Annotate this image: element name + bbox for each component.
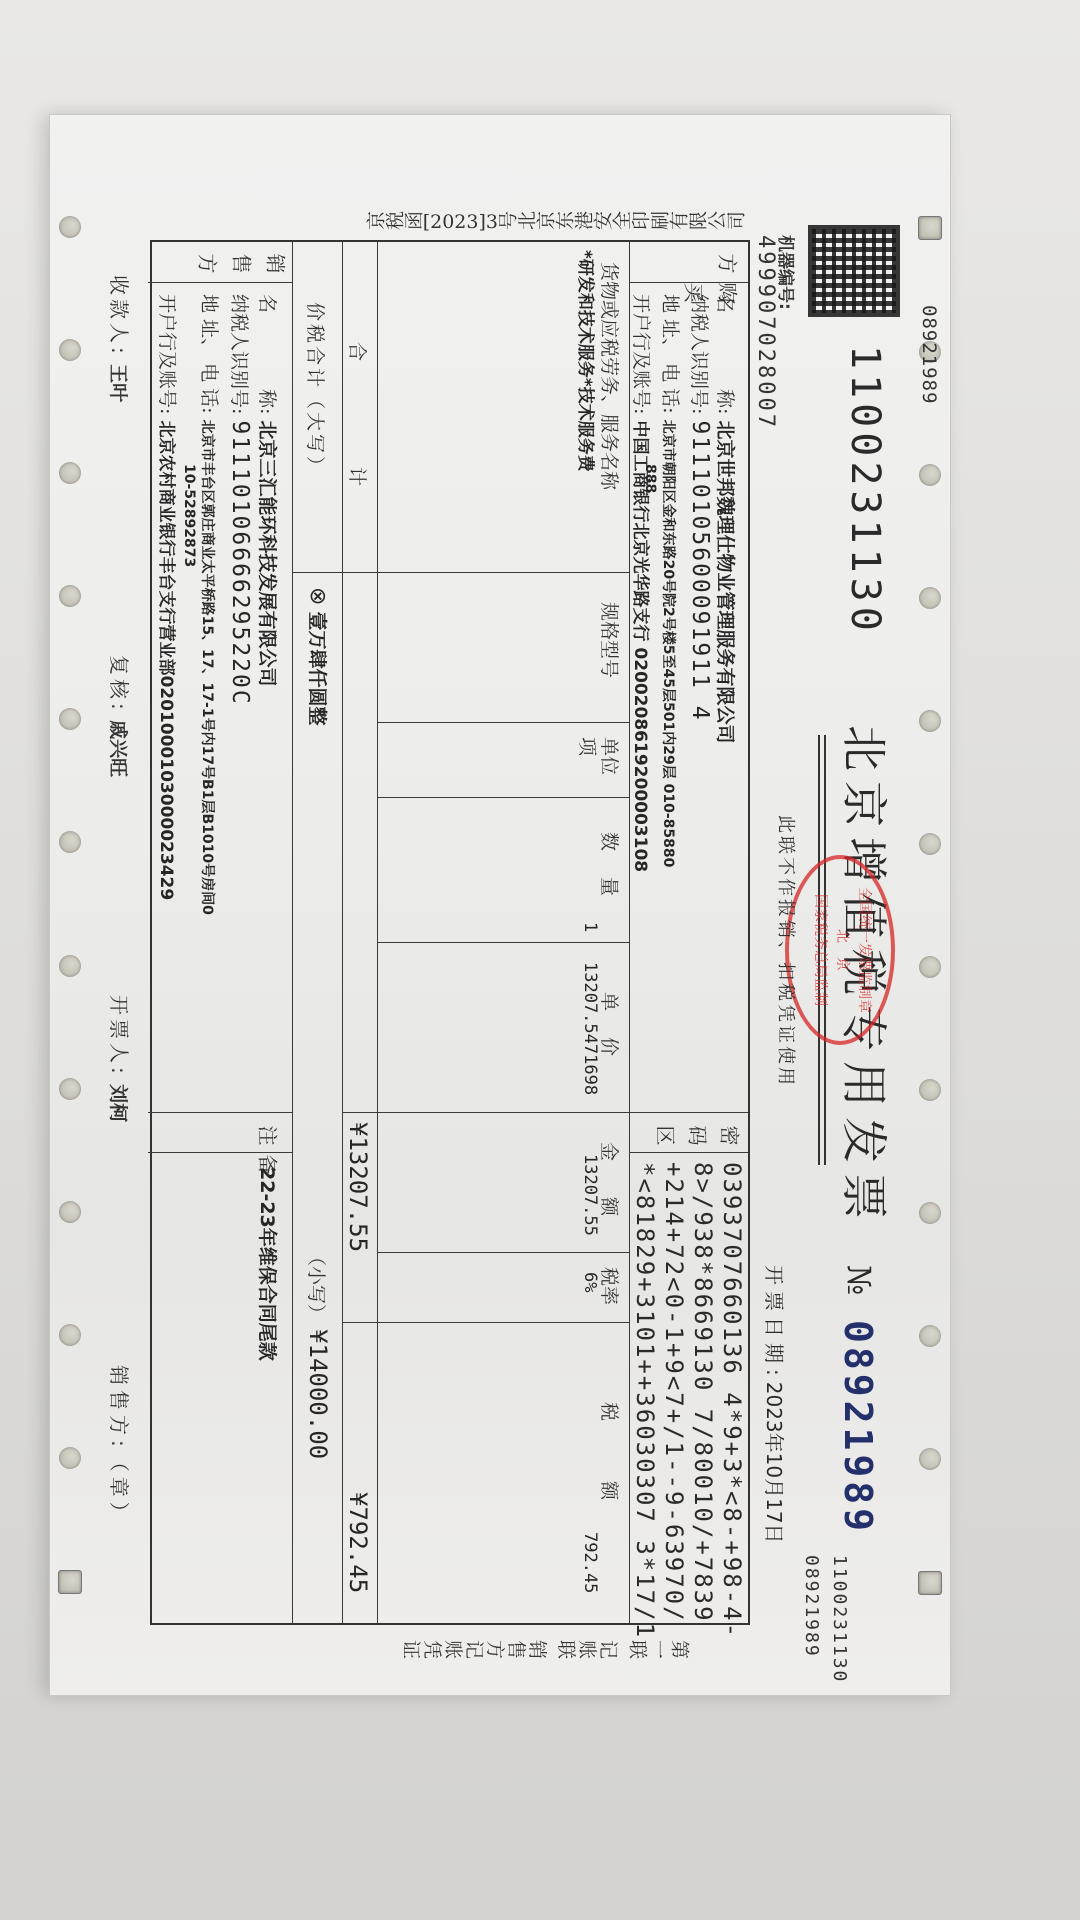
punch-hole-icon (919, 1325, 941, 1347)
invoice-number: 08921989 (836, 1320, 880, 1535)
item-tax: 792.45 (580, 1532, 600, 1593)
side-invoice-code: 1100231130 (829, 1555, 850, 1683)
punch-hole-icon (919, 587, 941, 609)
punch-hole-icon (59, 1201, 81, 1223)
cross-circle-icon: ⊗ (305, 587, 330, 605)
seller-name-row: 名 称: 北京三汇能环科技发展有限公司 (255, 294, 282, 686)
row-divider (377, 242, 378, 1623)
punch-hole-icon (919, 833, 941, 855)
seller-address: 北京市丰台区郭庄商业太平桥路15、17、17-1号内17号B1层B1010号房间… (199, 420, 215, 915)
total-amount: ¥13207.55 (344, 1122, 372, 1252)
buyer-taxid: 91110105600091911 4 (687, 420, 713, 721)
cipher-block: 0393707660136 4*9+3*<8-+98-4-8>/938*8669… (630, 1162, 746, 1639)
grand-total-label: 价税合计（大写） (303, 302, 330, 478)
seller-taxid-label: 纳税人识别号: (228, 294, 250, 414)
punch-hole-icon (59, 1324, 81, 1346)
punch-hole-icon (919, 1202, 941, 1224)
row-divider (342, 242, 343, 1623)
header-item-name: 货物或应税劳务、服务名称 (597, 262, 624, 490)
col-divider (293, 572, 343, 573)
col-divider (343, 572, 630, 573)
seller-address-label: 地 址、 电 话: (198, 294, 220, 414)
header-spec: 规格型号 (597, 602, 624, 678)
reviewer: 复核: 戚兴旺 (106, 655, 135, 777)
col-divider (378, 722, 630, 723)
cipher-line: 8>/938*8669130 7/80010/+7839 (688, 1162, 717, 1639)
buyer-name: 北京世邦魏理仕物业管理服务有限公司 (714, 420, 736, 743)
seal-line: 国家税务总局监制 (809, 859, 831, 1041)
item-name: *研发和技术服务*技术服务费 (575, 250, 600, 472)
punch-hole-icon (59, 1078, 81, 1100)
issuer: 开票人: 刘柯 (106, 995, 135, 1122)
punch-hole-icon (919, 1448, 941, 1470)
reviewer-name: 戚兴旺 (107, 720, 129, 777)
item-rate: 6% (580, 1272, 600, 1292)
invoice-code: 1100231130 (842, 345, 888, 636)
seller-name-label: 名 称: (256, 294, 278, 414)
punch-hole-icon (919, 1079, 941, 1101)
punch-hole-icon (919, 710, 941, 732)
qr-code-icon (808, 225, 900, 317)
buyer-bank-row: 开户行及账号: 中国工商银行北京光华路支行 020020861920000310… (629, 294, 656, 872)
col-divider (148, 1152, 293, 1153)
seller-address-cont: 10-52892873 (181, 464, 197, 915)
seller-address-row: 地 址、 电 话: 北京市丰台区郭庄商业太平桥路15、17、17-1号内17号B… (181, 294, 224, 915)
item-amount: 13207.55 (580, 1154, 600, 1236)
col-divider (630, 1152, 748, 1153)
seller-seal-label: 销售方:（章） (106, 1365, 135, 1527)
col-divider (148, 1112, 293, 1113)
buyer-taxid-label: 纳税人识别号: (688, 294, 710, 414)
total-label: 合 计 (345, 342, 372, 492)
buyer-bank: 中国工商银行北京光华路支行 0200208619200003108 (630, 420, 650, 872)
header-tax: 税额 (597, 1402, 624, 1560)
side-invoice-number: 08921989 (801, 1555, 822, 1658)
cipher-section-label: 密码区 (644, 1120, 740, 1149)
cipher-line: +214+72<0-1+9<7+/1--9-63970/ (659, 1162, 688, 1639)
punch-hole-icon (58, 1570, 82, 1594)
punch-hole-icon (919, 464, 941, 486)
punch-hole-icon (59, 708, 81, 730)
seal-line: 全国统一发票监制章 (853, 859, 875, 1041)
punch-hole-icon (59, 1447, 81, 1469)
invoice-table: 购买方 名 称: 北京世邦魏理仕物业管理服务有限公司 纳税人识别号: 91110… (150, 240, 750, 1625)
buyer-taxid-row: 纳税人识别号: 91110105600091911 4 (687, 294, 714, 722)
header-price: 单价 (597, 992, 624, 1082)
total-tax: ¥792.45 (344, 1492, 372, 1593)
col-divider (378, 797, 630, 798)
numero-sign: № (840, 1265, 878, 1295)
serial-number-top: 08921989 (918, 305, 940, 405)
grand-total-figure: ¥14000.00 (304, 1329, 332, 1459)
machine-number-label: 机器编号: (775, 235, 800, 310)
issue-date-value: 2023年10月17日 (762, 1382, 786, 1544)
seller-name: 北京三汇能环科技发展有限公司 (256, 420, 278, 686)
official-seal-stamp: 全国统一发票监制章 北 京 国家税务总局监制 (785, 855, 895, 1045)
machine-number: 499907028007 (753, 235, 778, 430)
item-qty: 1 (580, 922, 600, 932)
payee-label: 收款人: (107, 275, 131, 358)
col-divider (378, 1252, 630, 1253)
buyer-name-label: 名 称: (714, 294, 736, 414)
buyer-name-row: 名 称: 北京世邦魏理仕物业管理服务有限公司 (713, 294, 740, 743)
issue-date-label: 开票日期: (762, 1265, 786, 1382)
seller-section-label: 销售方 (166, 248, 286, 277)
col-divider (343, 1112, 630, 1113)
buyer-bank-label: 开户行及账号: (630, 294, 652, 414)
punch-hole-icon (59, 462, 81, 484)
seller-bank: 北京农村商业银行丰台支行营业部0201000103000023429 (156, 420, 176, 900)
buyer-address: 北京市朝阳区金和东路20号院2号楼5至45层501内29层 010-85880 (660, 420, 676, 868)
col-divider (378, 942, 630, 943)
remarks-text: 22-23年维保合同尾款 (255, 1167, 282, 1361)
reviewer-label: 复核: (107, 655, 131, 714)
grand-total-words-row: ⊗ 壹万肆仟圆整 (305, 587, 332, 726)
buyer-address-label: 地 址、 电 话: (659, 294, 681, 414)
grand-total-small-label: （小写） (305, 1247, 327, 1323)
item-unit: 项 (575, 737, 602, 756)
row-divider (292, 242, 293, 1623)
header-qty: 数量 (597, 832, 624, 922)
invoice-subtitle: 此联不作报销、扣税凭证使用 (774, 815, 800, 1088)
punch-hole-icon (919, 956, 941, 978)
cipher-line: 0393707660136 4*9+3*<8-+98-4- (717, 1162, 746, 1639)
seller-bank-row: 开户行及账号: 北京农村商业银行丰台支行营业部02010001030000234… (155, 294, 182, 900)
punch-hole-icon (59, 339, 81, 361)
header-rate: 税率 (597, 1267, 624, 1305)
tractor-holes-bottom (50, 115, 90, 1695)
punch-hole-icon (59, 216, 81, 238)
grand-total-figure-row: （小写） ¥14000.00 (304, 1247, 332, 1459)
issuer-name: 刘柯 (107, 1084, 129, 1122)
payee-name: 王叶 (107, 364, 129, 402)
grand-total-words: 壹万肆仟圆整 (306, 611, 328, 725)
col-divider (630, 1112, 748, 1113)
cipher-line: *<81829+3101++36030307 3*17/1 (630, 1162, 659, 1639)
punch-hole-icon (59, 831, 81, 853)
payee: 收款人: 王叶 (106, 275, 135, 402)
punch-hole-icon (918, 1571, 942, 1595)
seller-bank-label: 开户行及账号: (156, 294, 178, 414)
col-divider (630, 282, 748, 283)
header-amount: 金额 (597, 1142, 624, 1252)
invoice-sheet: 08921989 1100231130 机器编号: 499907028007 北… (50, 115, 950, 1695)
seal-line: 北 京 (831, 859, 853, 1041)
punch-hole-icon (59, 955, 81, 977)
col-divider (343, 1322, 630, 1323)
issue-date: 开票日期:2023年10月17日 (761, 1265, 790, 1544)
seller-taxid-row: 纳税人识别号: 91110106666295220C (227, 294, 254, 706)
punch-hole-icon (918, 216, 942, 240)
issuer-label: 开票人: (107, 995, 131, 1078)
item-price: 13207.5471698 (580, 962, 600, 1095)
seller-taxid: 91110106666295220C (227, 420, 253, 705)
printer-approval-text: 京税函[2023]3号北京东港安全印刷有限公司 (366, 210, 745, 240)
punch-hole-icon (59, 585, 81, 607)
col-divider (148, 282, 293, 283)
